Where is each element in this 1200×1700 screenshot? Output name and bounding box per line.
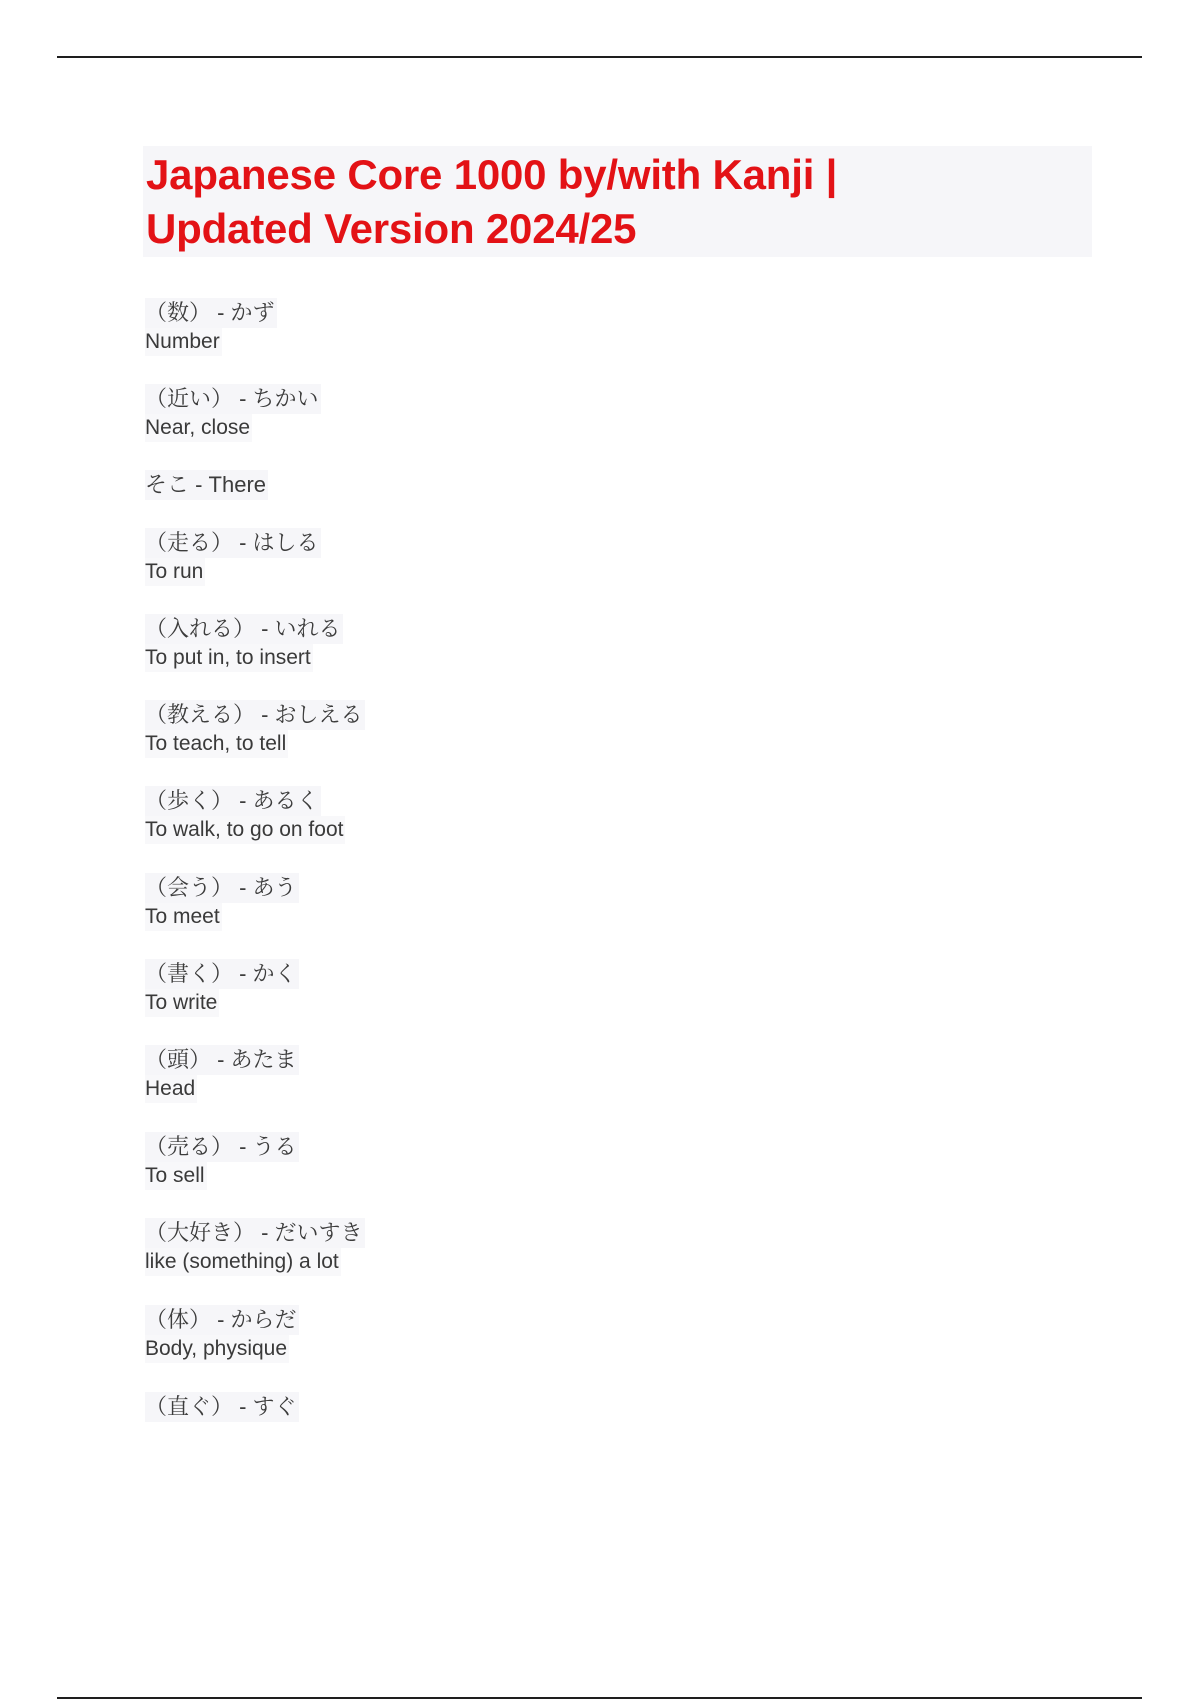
title-line-2: Updated Version 2024/25 <box>146 205 636 252</box>
entry-definition: To teach, to tell <box>145 730 288 758</box>
entry-term: （走る） - はしる <box>145 528 321 558</box>
vocab-entry: （大好き） - だいすき like (something) a lot <box>145 1218 365 1276</box>
vocab-entry: （近い） - ちかい Near, close <box>145 384 321 442</box>
entry-term: （売る） - うる <box>145 1132 299 1162</box>
entry-term: （歩く） - あるく <box>145 786 321 816</box>
entry-term: （体） - からだ <box>145 1305 299 1335</box>
entry-definition: Body, physique <box>145 1335 289 1363</box>
top-divider <box>57 56 1142 58</box>
entry-term: （会う） - あう <box>145 873 299 903</box>
document-title: Japanese Core 1000 by/with Kanji | Updat… <box>146 146 1092 256</box>
entry-definition: like (something) a lot <box>145 1248 341 1276</box>
vocab-entry: （頭） - あたま Head <box>145 1045 299 1103</box>
entry-term: （教える） - おしえる <box>145 700 365 730</box>
entry-definition: To sell <box>145 1162 207 1190</box>
entry-definition: To walk, to go on foot <box>145 816 345 844</box>
entry-definition: To run <box>145 558 205 586</box>
entry-term: （数） - かず <box>145 298 277 328</box>
title-line-1: Japanese Core 1000 by/with Kanji | <box>146 151 837 198</box>
vocab-entry: （走る） - はしる To run <box>145 528 321 586</box>
entry-term: （書く） - かく <box>145 959 299 989</box>
entry-definition: Near, close <box>145 414 252 442</box>
entry-term: （直ぐ） - すぐ <box>145 1392 299 1422</box>
entry-definition: Number <box>145 328 222 356</box>
vocab-entry: （歩く） - あるく To walk, to go on foot <box>145 786 345 844</box>
vocab-entry: （数） - かず Number <box>145 298 277 356</box>
entry-term: （大好き） - だいすき <box>145 1218 365 1248</box>
vocab-entry: （書く） - かく To write <box>145 959 299 1017</box>
title-block: Japanese Core 1000 by/with Kanji | Updat… <box>143 146 1092 257</box>
entry-term: （入れる） - いれる <box>145 614 343 644</box>
vocab-entry: （入れる） - いれる To put in, to insert <box>145 614 343 672</box>
vocab-entry: そこ - There <box>145 470 268 500</box>
bottom-divider <box>57 1697 1142 1699</box>
entry-definition: To meet <box>145 903 222 931</box>
entry-definition: To write <box>145 989 219 1017</box>
entry-term: そこ - There <box>145 470 268 500</box>
entry-definition: Head <box>145 1075 197 1103</box>
vocab-entry: （会う） - あう To meet <box>145 873 299 931</box>
entry-term: （近い） - ちかい <box>145 384 321 414</box>
entry-definition: To put in, to insert <box>145 644 313 672</box>
vocab-entry: （教える） - おしえる To teach, to tell <box>145 700 365 758</box>
vocab-entry: （売る） - うる To sell <box>145 1132 299 1190</box>
vocab-entry: （体） - からだ Body, physique <box>145 1305 299 1363</box>
vocab-entry: （直ぐ） - すぐ <box>145 1392 299 1422</box>
entry-term: （頭） - あたま <box>145 1045 299 1075</box>
